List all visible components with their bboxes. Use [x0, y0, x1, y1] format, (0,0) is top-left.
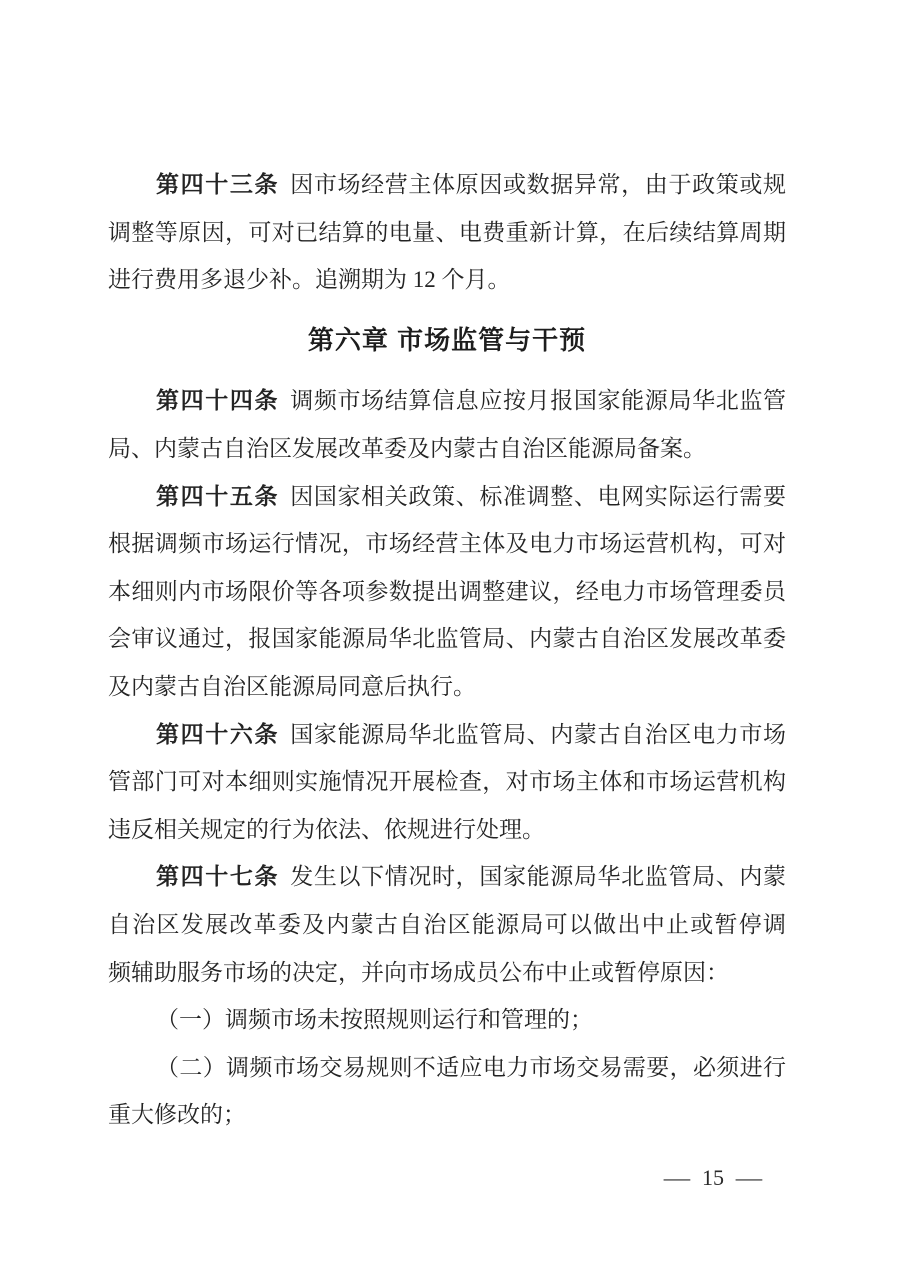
footer-dash-left: — — [664, 1163, 690, 1193]
list-item: （二）调频市场交易规则不适应电力市场交易需要，必须进行 — [108, 1044, 786, 1092]
line-text: 调频市场结算信息应按月报国家能源局华北监管 — [290, 388, 786, 413]
text-line: 违反相关规定的行为依法、依规进行处理。 — [108, 806, 786, 854]
document-page: 第四十三条因市场经营主体原因或数据异常，由于政策或规则 调整等原因，可对已结算的… — [0, 0, 900, 1272]
text-line: 自治区发展改革委及内蒙古自治区能源局可以做出中止或暂停调 — [108, 901, 786, 949]
document-body: 第四十三条因市场经营主体原因或数据异常，由于政策或规则 调整等原因，可对已结算的… — [108, 161, 786, 1139]
chapter-heading: 第六章 市场监管与干预 — [108, 317, 786, 365]
text-line: 第四十三条因市场经营主体原因或数据异常，由于政策或规则 — [108, 161, 786, 209]
text-line: 进行费用多退少补。追溯期为 12 个月。 — [108, 256, 786, 304]
text-line: 第四十五条因国家相关政策、标准调整、电网实际运行需要或 — [108, 473, 786, 521]
article-number: 第四十七条 — [156, 863, 279, 889]
text-line: 频辅助服务市场的决定，并向市场成员公布中止或暂停原因： — [108, 949, 786, 997]
page-footer: — 15 — — [666, 1163, 760, 1193]
text-line: 管部门可对本细则实施情况开展检查，对市场主体和市场运营机构 — [108, 758, 786, 806]
footer-dash-right: — — [736, 1163, 762, 1193]
text-line: 第四十四条调频市场结算信息应按月报国家能源局华北监管 — [108, 377, 786, 425]
text-line: 会审议通过，报国家能源局华北监管局、内蒙古自治区发展改革委 — [108, 615, 786, 663]
article-number: 第四十五条 — [156, 483, 279, 509]
text-line: 重大修改的； — [108, 1091, 786, 1139]
list-item: （一）调频市场未按照规则运行和管理的； — [108, 996, 786, 1044]
page-number: 15 — [702, 1163, 724, 1193]
article-number: 第四十六条 — [156, 721, 279, 747]
text-line: 调整等原因，可对已结算的电量、电费重新计算，在后续结算周期 — [108, 209, 786, 257]
text-line: 局、内蒙古自治区发展改革委及内蒙古自治区能源局备案。 — [108, 425, 786, 473]
text-line: 第四十六条国家能源局华北监管局、内蒙古自治区电力市场主 — [108, 711, 786, 759]
article-number: 第四十三条 — [156, 171, 279, 197]
text-line: 第四十七条发生以下情况时，国家能源局华北监管局、内蒙古 — [108, 853, 786, 901]
article-number: 第四十四条 — [156, 387, 279, 413]
text-line: 本细则内市场限价等各项参数提出调整建议，经电力市场管理委员 — [108, 568, 786, 616]
text-line: 根据调频市场运行情况，市场经营主体及电力市场运营机构，可对 — [108, 520, 786, 568]
text-line: 及内蒙古自治区能源局同意后执行。 — [108, 663, 786, 711]
